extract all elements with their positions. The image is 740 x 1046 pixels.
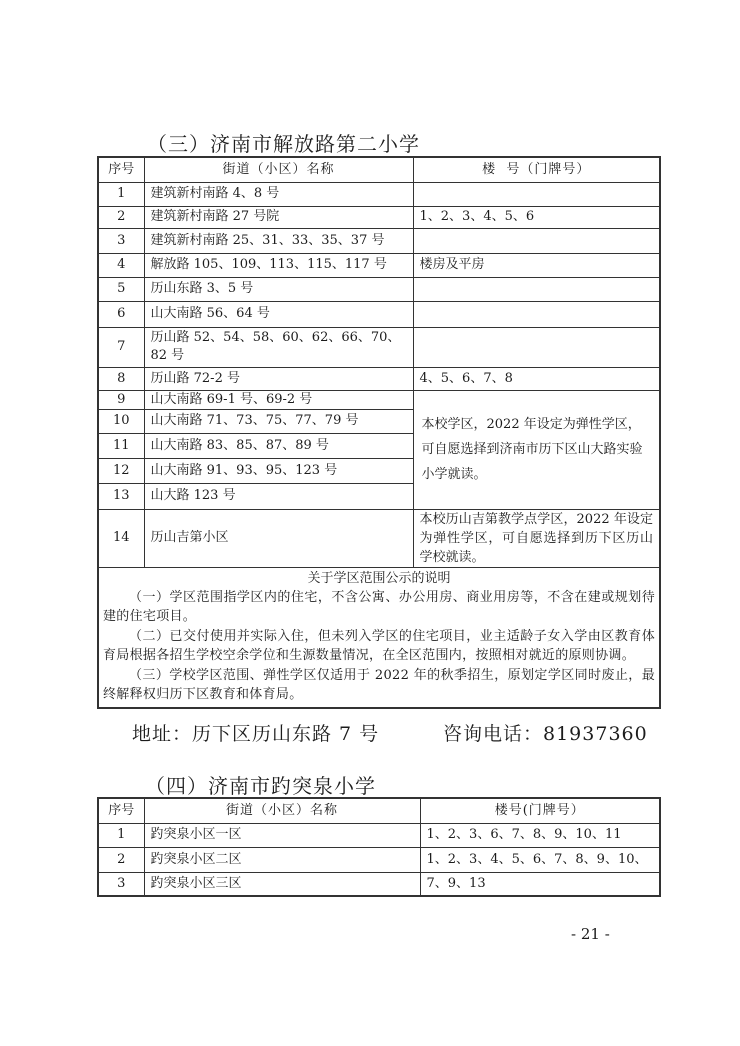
header-no: 序号 [98, 798, 144, 823]
row-no: 8 [98, 367, 144, 390]
note-1: （一）学区范围指学区内的住宅，不含公寓、办公用房、商业用房等，不含在建或规划待建… [103, 588, 655, 627]
row-no: 13 [98, 483, 144, 509]
table-row: 1 建筑新村南路 4、8 号 [98, 182, 660, 206]
row-street: 解放路 105、109、113、115、117 号 [144, 253, 413, 277]
row-building [413, 327, 660, 367]
row-no: 2 [98, 206, 144, 228]
table-row: 4 解放路 105、109、113、115、117 号 楼房及平房 [98, 253, 660, 277]
row-building [413, 301, 660, 327]
notes-title: 关于学区范围公示的说明 [103, 570, 655, 588]
table-header-row: 序号 街道（小区）名称 楼号(门牌号） [98, 798, 660, 823]
row-street: 建筑新村南路 4、8 号 [144, 182, 413, 206]
row-street: 山大南路 69-1 号、69-2 号 [144, 390, 413, 409]
table-row: 1 趵突泉小区一区 1、2、3、6、7、8、9、10、11 [98, 823, 660, 847]
row-street: 趵突泉小区三区 [144, 872, 420, 896]
row-street: 趵突泉小区二区 [144, 847, 420, 872]
header-street: 街道（小区）名称 [144, 798, 420, 823]
row-no: 4 [98, 253, 144, 277]
row-no: 11 [98, 433, 144, 458]
table-row: 6 山大南路 56、64 号 [98, 301, 660, 327]
row-no: 14 [98, 509, 144, 567]
note-2: （二）已交付使用并实际入住，但未列入学区的住宅项目，业主适龄子女入学由区教育体育… [103, 627, 655, 666]
section-4-title: （四）济南市趵突泉小学 [145, 770, 376, 799]
table-row: 8 历山路 72-2 号 4、5、6、7、8 [98, 367, 660, 390]
row-no: 1 [98, 823, 144, 847]
row-building: 1、2、3、6、7、8、9、10、11 [420, 823, 660, 847]
section-3-title: （三）济南市解放路第二小学 [147, 128, 420, 157]
notes-cell: 关于学区范围公示的说明 （一）学区范围指学区内的住宅，不含公寓、办公用房、商业用… [98, 567, 660, 708]
table-row: 3 趵突泉小区三区 7、9、13 [98, 872, 660, 896]
elastic-district-note: 本校学区，2022 年设定为弹性学区，可自愿选择到济南市历下区山大路实验小学就读… [413, 390, 660, 509]
row-street: 趵突泉小区一区 [144, 823, 420, 847]
row-no: 5 [98, 277, 144, 301]
row-street: 历山路 72-2 号 [144, 367, 413, 390]
row-street: 建筑新村南路 25、31、33、35、37 号 [144, 228, 413, 253]
row-building: 本校历山吉第教学点学区，2022 年设定为弹性学区，可自愿选择到历下区历山学校就… [413, 509, 660, 567]
consult-phone: 咨询电话：81937360 [443, 719, 648, 746]
row-building: 1、2、3、4、5、6、7、8、9、10、 [420, 847, 660, 872]
row-street: 山大南路 71、73、75、77、79 号 [144, 409, 413, 433]
row-street: 历山吉第小区 [144, 509, 413, 567]
header-building: 楼 号（门牌号） [413, 157, 660, 182]
row-building: 1、2、3、4、5、6 [413, 206, 660, 228]
row-no: 3 [98, 872, 144, 896]
row-street: 山大南路 56、64 号 [144, 301, 413, 327]
table-row: 5 历山东路 3、5 号 [98, 277, 660, 301]
school-address: 地址：历下区历山东路 7 号 [132, 719, 379, 746]
header-street: 街道（小区）名称 [144, 157, 413, 182]
row-no: 2 [98, 847, 144, 872]
school-district-table-3: 序号 街道（小区）名称 楼 号（门牌号） 1 建筑新村南路 4、8 号 2 建筑… [97, 156, 661, 709]
table-row: 9 山大南路 69-1 号、69-2 号 本校学区，2022 年设定为弹性学区，… [98, 390, 660, 409]
row-no: 1 [98, 182, 144, 206]
school-district-table-4: 序号 街道（小区）名称 楼号(门牌号） 1 趵突泉小区一区 1、2、3、6、7、… [97, 797, 661, 897]
row-street: 历山东路 3、5 号 [144, 277, 413, 301]
row-no: 9 [98, 390, 144, 409]
note-3: （三）学校学区范围、弹性学区仅适用于 2022 年的秋季招生，原划定学区同时废止… [103, 666, 655, 705]
row-no: 12 [98, 458, 144, 483]
row-no: 10 [98, 409, 144, 433]
table-row: 2 趵突泉小区二区 1、2、3、4、5、6、7、8、9、10、 [98, 847, 660, 872]
row-no: 7 [98, 327, 144, 367]
row-building: 楼房及平房 [413, 253, 660, 277]
row-building: 4、5、6、7、8 [413, 367, 660, 390]
row-no: 3 [98, 228, 144, 253]
table-row: 2 建筑新村南路 27 号院 1、2、3、4、5、6 [98, 206, 660, 228]
header-building: 楼号(门牌号） [420, 798, 660, 823]
row-no: 6 [98, 301, 144, 327]
row-street: 建筑新村南路 27 号院 [144, 206, 413, 228]
row-street: 山大路 123 号 [144, 483, 413, 509]
notes-row: 关于学区范围公示的说明 （一）学区范围指学区内的住宅，不含公寓、办公用房、商业用… [98, 567, 660, 708]
table-row: 3 建筑新村南路 25、31、33、35、37 号 [98, 228, 660, 253]
row-building: 7、9、13 [420, 872, 660, 896]
table-row: 14 历山吉第小区 本校历山吉第教学点学区，2022 年设定为弹性学区，可自愿选… [98, 509, 660, 567]
row-street: 历山路 52、54、58、60、62、66、70、82 号 [144, 327, 413, 367]
row-building [413, 182, 660, 206]
row-building [413, 277, 660, 301]
row-street: 山大南路 91、93、95、123 号 [144, 458, 413, 483]
page-number: - 21 - [571, 925, 610, 943]
header-no: 序号 [98, 157, 144, 182]
table-header-row: 序号 街道（小区）名称 楼 号（门牌号） [98, 157, 660, 182]
table-row: 7 历山路 52、54、58、60、62、66、70、82 号 [98, 327, 660, 367]
row-building [413, 228, 660, 253]
row-street: 山大南路 83、85、87、89 号 [144, 433, 413, 458]
